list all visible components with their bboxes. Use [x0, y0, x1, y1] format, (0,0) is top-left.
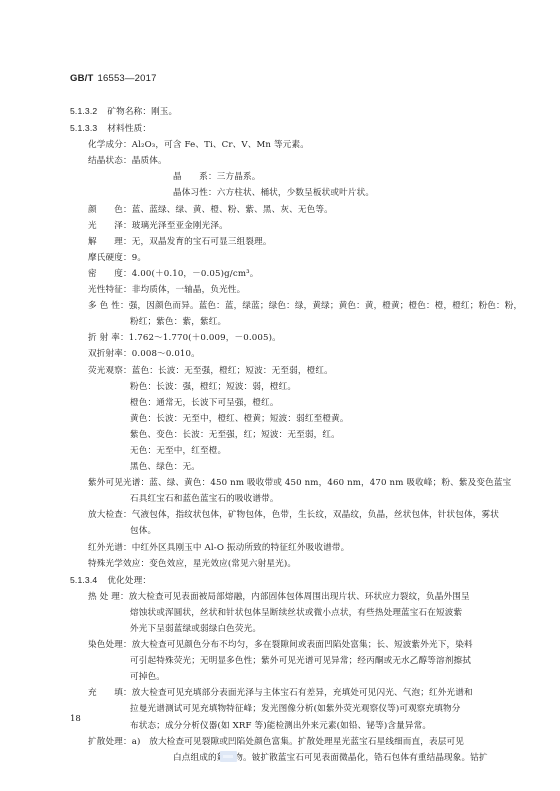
section-number: 5.1.3.4: [70, 575, 97, 585]
treatment-filling: 充 填：放大检查可见充填部分表面光泽与主体宝石有差异，充填处可见闪光、气泡；红外…: [70, 685, 488, 701]
property-crystal-system: 晶 系：三方晶系。: [70, 169, 488, 185]
section-5-1-3-4: 5.1.3.4优化处理：: [70, 572, 488, 589]
treatment-diffusion: 扩散处理：a) 放大检查可见裂隙或凹陷处颜色富集。扩散处理星光蓝宝石星线细而直，…: [70, 734, 488, 750]
property-color: 颜 色：蓝、蓝绿、绿、黄、橙、粉、紫、黑、灰、无色等。: [70, 202, 488, 218]
property-fluorescence-orange: 橙色：通常无，长波下可呈强，橙红。: [70, 395, 488, 411]
property-magnification: 放大检查：气液包体，指纹状包体，矿物包体，色带，生长纹，双晶纹，负晶，丝状包体，…: [70, 507, 488, 523]
property-fluorescence-colorless: 无色：无至中，红至橙。: [70, 443, 488, 459]
property-fluorescence-purple: 紫色、变色：长波：无至强，红；短波：无至弱，红。: [70, 427, 488, 443]
treatment-heat-cont: 外光下呈弱蓝绿或弱绿白色荧光。: [70, 621, 488, 637]
property-magnification-cont: 包体。: [70, 523, 488, 539]
property-fluorescence-yellow: 黄色：长波：无至中，橙红、橙黄；短波：弱红至橙黄。: [70, 411, 488, 427]
property-hardness: 摩氏硬度：9。: [70, 250, 488, 266]
property-chemical-composition: 化学成分：Al₂O₃，可含 Fe、Ti、Cr、V、Mn 等元素。: [70, 137, 488, 153]
property-crystal-habit: 晶体习性：六方柱状、桶状，少数呈板状或叶片状。: [70, 185, 488, 201]
property-refractive-index: 折 射 率：1.762～1.770(＋0.009，－0.005)。: [70, 330, 488, 346]
treatment-dye-cont: 可引起特殊荧光；无明显多色性；紫外可见光谱可见异常；经丙酮或无水乙醇等溶剂擦拭: [70, 653, 488, 669]
document-page: GB/T16553—2017 5.1.3.2矿物名称：刚玉。 5.1.3.3材料…: [0, 0, 560, 791]
page-number: 18: [70, 714, 81, 724]
property-fluorescence-blue: 荧光观察：蓝色：长波：无至强，橙红；短波：无至弱，橙红。: [70, 363, 488, 379]
treatment-filling-cont: 布状态；成分分析仪器(如 XRF 等)能检测出外来元素(如铅、铋等)含量异常。: [70, 718, 488, 734]
standard-prefix: GB/T: [70, 73, 94, 84]
property-fluorescence-black-green: 黑色、绿色：无。: [70, 459, 488, 475]
treatment-heat: 热 处 理：放大检查可见表面被局部熔融，内部固体包体周围出现片状、环状应力裂纹，…: [70, 589, 488, 605]
property-cleavage: 解 理：无，双晶发育的宝石可显三组裂理。: [70, 234, 488, 250]
property-birefringence: 双折射率：0.008～0.010。: [70, 346, 488, 362]
standard-header: GB/T16553—2017: [70, 73, 157, 84]
section-5-1-3-3: 5.1.3.3材料性质：: [70, 120, 488, 137]
section-text: 优化处理：: [107, 576, 151, 586]
treatment-diffusion-cont: 白点组成的絮状物。铍扩散蓝宝石可见表面微晶化，锆石包体有重结晶现象。钴扩: [70, 750, 488, 766]
treatment-filling-cont: 拉曼光谱测试可见充填物特征峰；发光图像分析(如紫外荧光观察仪等)可观察充填物分: [70, 701, 488, 717]
property-fluorescence-pink: 粉色：长波：强，橙红；短波：弱，橙红。: [70, 379, 488, 395]
property-crystal-state: 结晶状态：晶质体。: [70, 153, 488, 169]
property-special-optical-effects: 特殊光学效应：变色效应，星光效应(常见六射星光)。: [70, 556, 488, 572]
section-text: 矿物名称：刚玉。: [107, 107, 177, 117]
property-luster: 光 泽：玻璃光泽至亚金刚光泽。: [70, 218, 488, 234]
treatment-dye-cont: 可掉色。: [70, 669, 488, 685]
treatment-heat-cont: 熔蚀状或浑圆状，丝状和针状包体呈断续丝状或微小点状，有些热处理蓝宝石在短波紫: [70, 605, 488, 621]
property-uv-vis-spectrum-cont: 石具红宝石和蓝色蓝宝石的吸收谱带。: [70, 491, 488, 507]
standard-number: 16553—2017: [98, 73, 157, 84]
document-body: 5.1.3.2矿物名称：刚玉。 5.1.3.3材料性质： 化学成分：Al₂O₃，…: [70, 103, 488, 766]
property-infrared-spectrum: 红外光谱：中红外区具刚玉中 Al-O 振动所致的特征红外吸收谱带。: [70, 540, 488, 556]
section-number: 5.1.3.2: [70, 106, 97, 116]
property-uv-vis-spectrum: 紫外可见光谱：蓝、绿、黄色：450 nm 吸收带或 450 nm，460 nm，…: [70, 475, 488, 491]
property-optic-character: 光性特征：非均质体，一轴晶，负光性。: [70, 282, 488, 298]
property-density: 密 度：4.00(＋0.10，－0.05)g/cm³。: [70, 266, 488, 282]
section-5-1-3-2: 5.1.3.2矿物名称：刚玉。: [70, 103, 488, 120]
section-number: 5.1.3.3: [70, 123, 97, 133]
publisher-logo-icon: [220, 751, 237, 762]
property-pleochroism: 多 色 性：强，因颜色而异。蓝色：蓝，绿蓝；绿色：绿，黄绿；黄色：黄，橙黄；橙色…: [70, 298, 488, 314]
treatment-dye: 染色处理：放大检查可见颜色分布不均匀，多在裂隙间或表面凹陷处富集；长、短波紫外光…: [70, 637, 488, 653]
section-text: 材料性质：: [107, 124, 151, 134]
property-pleochroism-cont: 粉红；紫色：紫，紫红。: [70, 314, 488, 330]
